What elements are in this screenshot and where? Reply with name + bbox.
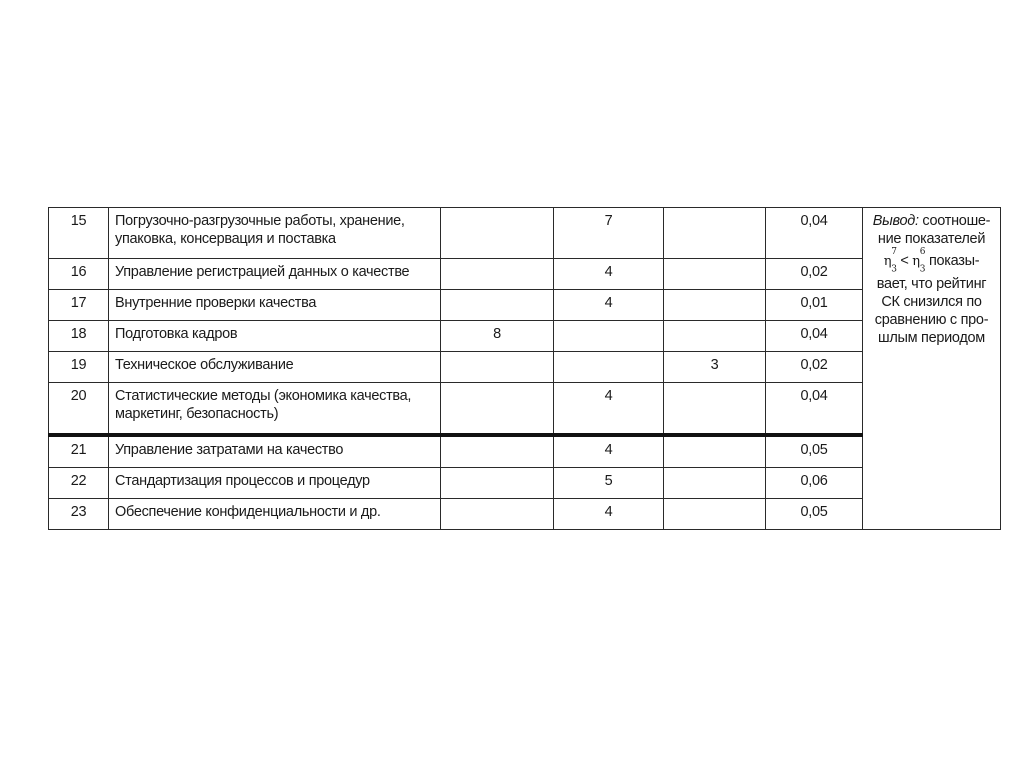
row-name: Подготовка кадров xyxy=(109,321,441,352)
value-col-1 xyxy=(441,383,554,436)
value-col-1 xyxy=(441,435,554,468)
value-col-2: 4 xyxy=(554,435,664,468)
row-number: 22 xyxy=(49,468,109,499)
conclusion-lead: Вывод: xyxy=(873,213,919,229)
value-col-3 xyxy=(664,468,766,499)
weight-coefficient: 0,05 xyxy=(766,435,863,468)
row-name: Техническое обслуживание xyxy=(109,352,441,383)
row-number: 20 xyxy=(49,383,109,436)
value-col-2 xyxy=(554,352,664,383)
row-number: 16 xyxy=(49,259,109,290)
row-name: Статистические методы (экономика качеств… xyxy=(109,383,441,436)
row-number: 19 xyxy=(49,352,109,383)
conclusion-cell: Вывод: соотноше-ние показателейη73 < η63… xyxy=(863,208,1001,530)
value-col-1 xyxy=(441,208,554,259)
value-col-3 xyxy=(664,208,766,259)
value-col-1: 8 xyxy=(441,321,554,352)
value-col-1 xyxy=(441,468,554,499)
row-name: Обеспечение конфиденциальности и др. xyxy=(109,499,441,530)
value-col-2: 4 xyxy=(554,259,664,290)
table-row: 20Статистические методы (экономика качес… xyxy=(49,383,1001,436)
table-row: 15Погрузочно-разгрузочные работы, хранен… xyxy=(49,208,1001,259)
row-name: Управление регистрацией данных о качеств… xyxy=(109,259,441,290)
table-row: 18Подготовка кадров80,04 xyxy=(49,321,1001,352)
table-row: 22Стандартизация процессов и процедур50,… xyxy=(49,468,1001,499)
value-col-3 xyxy=(664,435,766,468)
value-col-2: 4 xyxy=(554,383,664,436)
value-col-2: 4 xyxy=(554,290,664,321)
row-name: Погрузочно-разгрузочные работы, хранение… xyxy=(109,208,441,259)
table-row: 21Управление затратами на качество40,05 xyxy=(49,435,1001,468)
table-row: 19Техническое обслуживание30,02 xyxy=(49,352,1001,383)
weight-coefficient: 0,04 xyxy=(766,383,863,436)
table-row: 23Обеспечение конфиденциальности и др.40… xyxy=(49,499,1001,530)
weight-coefficient: 0,04 xyxy=(766,321,863,352)
comparison-operator: < xyxy=(897,253,913,269)
value-col-3 xyxy=(664,321,766,352)
eta-left: η73 xyxy=(884,254,897,269)
weight-coefficient: 0,06 xyxy=(766,468,863,499)
value-col-3: 3 xyxy=(664,352,766,383)
value-col-3 xyxy=(664,383,766,436)
table-row: 16Управление регистрацией данных о качес… xyxy=(49,259,1001,290)
value-col-3 xyxy=(664,290,766,321)
quality-rating-table: 15Погрузочно-разгрузочные работы, хранен… xyxy=(48,207,1001,530)
row-number: 23 xyxy=(49,499,109,530)
row-name: Внутренние проверки качества xyxy=(109,290,441,321)
weight-coefficient: 0,01 xyxy=(766,290,863,321)
value-col-3 xyxy=(664,499,766,530)
value-col-2: 7 xyxy=(554,208,664,259)
weight-coefficient: 0,04 xyxy=(766,208,863,259)
row-name: Стандартизация процессов и процедур xyxy=(109,468,441,499)
eta-right: η63 xyxy=(912,254,925,269)
value-col-1 xyxy=(441,499,554,530)
row-number: 18 xyxy=(49,321,109,352)
row-number: 17 xyxy=(49,290,109,321)
weight-coefficient: 0,05 xyxy=(766,499,863,530)
value-col-2: 5 xyxy=(554,468,664,499)
value-col-1 xyxy=(441,290,554,321)
weight-coefficient: 0,02 xyxy=(766,259,863,290)
value-col-3 xyxy=(664,259,766,290)
value-col-1 xyxy=(441,259,554,290)
value-col-2 xyxy=(554,321,664,352)
table-row: 17Внутренние проверки качества40,01 xyxy=(49,290,1001,321)
row-number: 15 xyxy=(49,208,109,259)
row-name: Управление затратами на качество xyxy=(109,435,441,468)
weight-coefficient: 0,02 xyxy=(766,352,863,383)
value-col-1 xyxy=(441,352,554,383)
value-col-2: 4 xyxy=(554,499,664,530)
row-number: 21 xyxy=(49,435,109,468)
